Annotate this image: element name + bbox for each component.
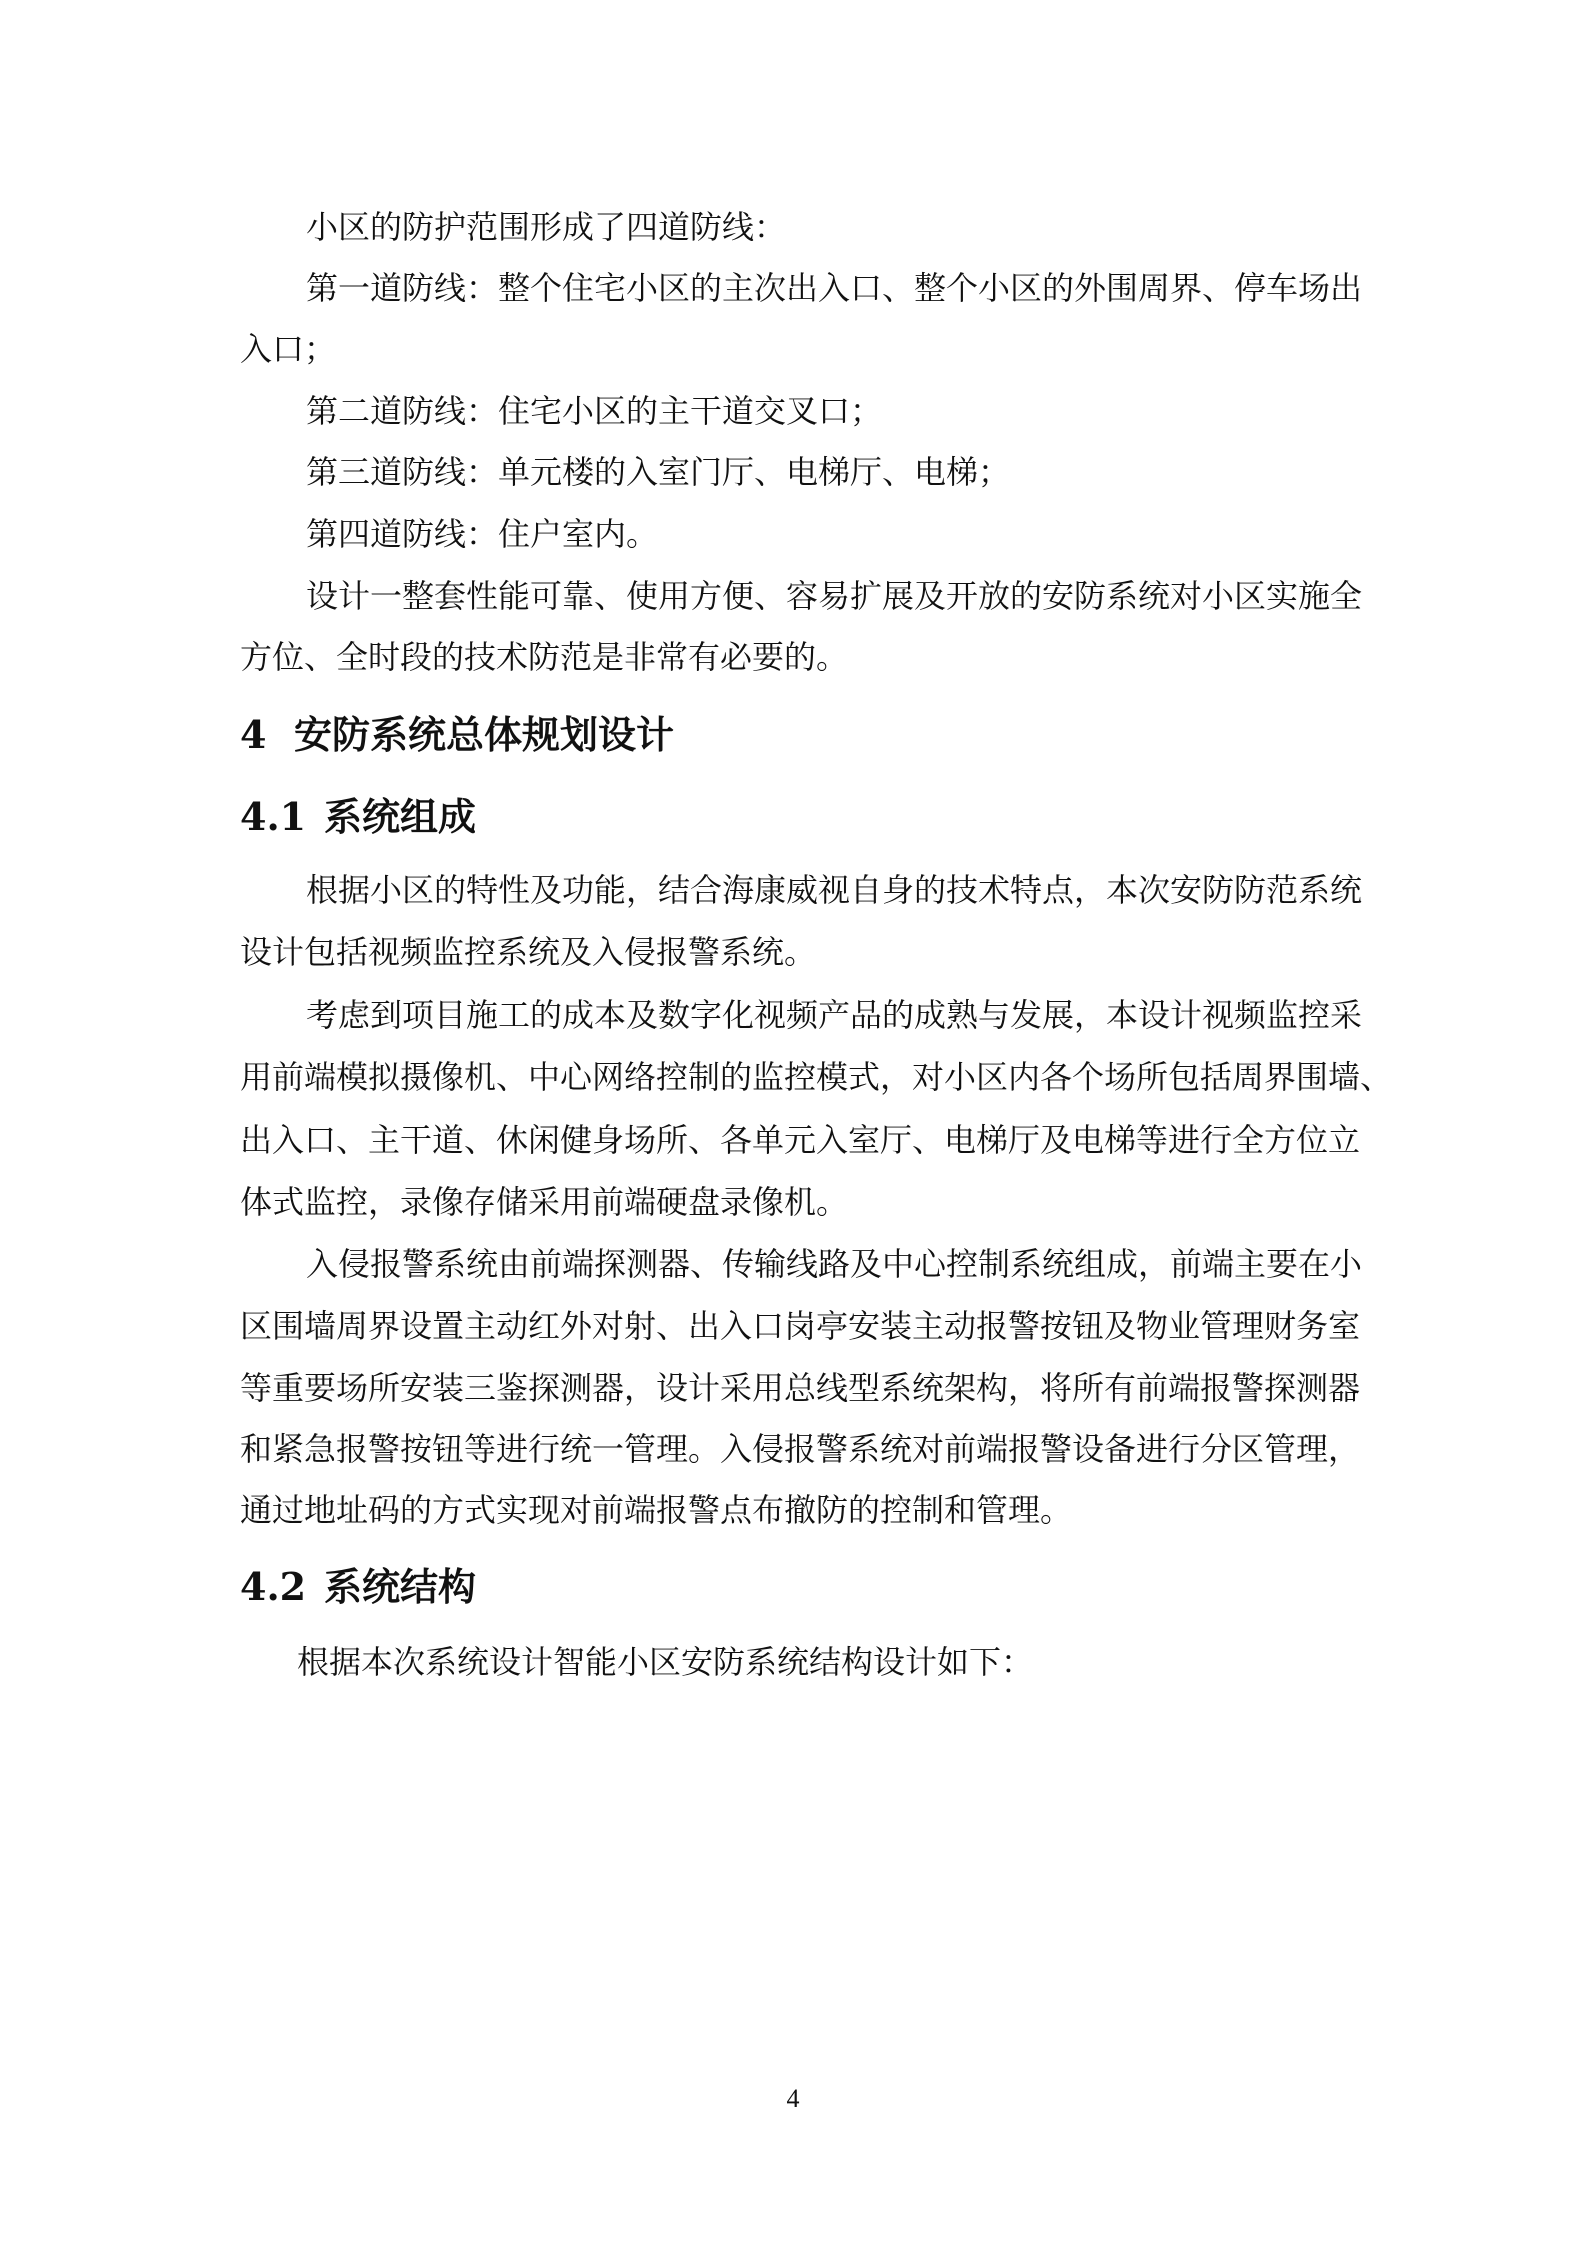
section-title: 安防系统总体规划设计 [294,712,674,757]
paragraph-defense-line-1: 第一道防线：整个住宅小区的主次出入口、整个小区的外围周界、停车场出 [306,268,1343,308]
paragraph-design-summary-cont: 方位、全时段的技术防范是非常有必要的。 [240,637,848,677]
paragraph-4-1-b-line3: 出入口、主干道、休闲健身场所、各单元入室厅、电梯厅及电梯等进行全方位立 [240,1120,1343,1160]
section-number: 4.2 [240,1564,324,1610]
paragraph-4-1-c: 入侵报警系统由前端探测器、传输线路及中心控制系统组成，前端主要在小 [306,1244,1343,1284]
paragraph-4-1-b: 考虑到项目施工的成本及数字化视频产品的成熟与发展，本设计视频监控采 [306,995,1343,1035]
paragraph-4-1-c-line3: 等重要场所安装三鉴探测器，设计采用总线型系统架构，将所有前端报警探测器 [240,1368,1343,1408]
section-heading-4-2: 4.2系统结构 [240,1564,476,1610]
paragraph-intro: 小区的防护范围形成了四道防线： [306,207,786,247]
page-number: 4 [780,2084,806,2114]
paragraph-defense-line-1-cont: 入口； [240,329,336,369]
paragraph-defense-line-2: 第二道防线：住宅小区的主干道交叉口； [306,391,882,431]
paragraph-4-1-c-line4: 和紧急报警按钮等进行统一管理。入侵报警系统对前端报警设备进行分区管理， [240,1429,1343,1469]
paragraph-4-1-a-cont: 设计包括视频监控系统及入侵报警系统。 [240,932,816,972]
paragraph-design-summary: 设计一整套性能可靠、使用方便、容易扩展及开放的安防系统对小区实施全 [306,576,1343,616]
paragraph-defense-line-3: 第三道防线：单元楼的入室门厅、电梯厅、电梯； [306,452,1010,492]
paragraph-4-1-c-line5: 通过地址码的方式实现对前端报警点布撤防的控制和管理。 [240,1490,1072,1530]
paragraph-4-1-c-line2: 区围墙周界设置主动红外对射、出入口岗亭安装主动报警按钮及物业管理财务室 [240,1306,1343,1346]
section-number: 4 [240,712,294,758]
paragraph-defense-line-4: 第四道防线：住户室内。 [306,514,658,554]
paragraph-4-1-a: 根据小区的特性及功能，结合海康威视自身的技术特点，本次安防防范系统 [306,870,1343,910]
section-title: 系统结构 [324,1564,476,1609]
section-heading-4-1: 4.1系统组成 [240,794,476,840]
section-title: 系统组成 [324,794,476,839]
paragraph-4-2-a: 根据本次系统设计智能小区安防系统结构设计如下： [297,1642,1033,1682]
document-page: 小区的防护范围形成了四道防线： 第一道防线：整个住宅小区的主次出入口、整个小区的… [0,0,1587,2245]
section-heading-4: 4安防系统总体规划设计 [240,712,674,758]
paragraph-4-1-b-line4: 体式监控，录像存储采用前端硬盘录像机。 [240,1182,848,1222]
paragraph-4-1-b-line2: 用前端模拟摄像机、中心网络控制的监控模式，对小区内各个场所包括周界围墙、 [240,1057,1343,1097]
section-number: 4.1 [240,794,324,840]
